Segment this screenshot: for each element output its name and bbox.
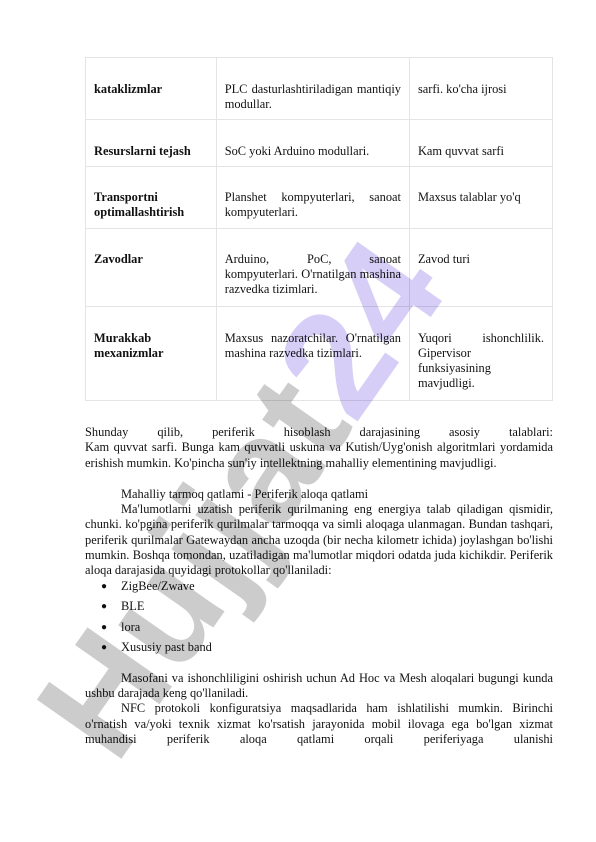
table-cell-area: Zavodlar: [86, 229, 217, 307]
paragraph-mesh: Masofani va ishonchliligini oshirish uch…: [85, 671, 553, 702]
table-cell-requirements: sarfi. ko'cha ijrosi: [409, 58, 552, 120]
list-item: ●ZigBee/Zwave: [85, 579, 553, 600]
table-cell-hardware: PLC dasturlashtiriladigan mantiqiy modul…: [216, 58, 409, 120]
table-cell-hardware: Arduino, PoC, sanoat kompyuterlari. O'rn…: [216, 229, 409, 307]
spacer: [85, 471, 553, 487]
list-item-label: BLE: [121, 599, 144, 613]
table-cell-hardware: Planshet kompyuterlari, sanoat kompyuter…: [216, 167, 409, 229]
bullet-icon: ●: [101, 579, 107, 594]
table-cell-requirements: Kam quvvat sarfi: [409, 120, 552, 167]
table-row: Zavodlar Arduino, PoC, sanoat kompyuterl…: [86, 229, 553, 307]
spacer: [85, 661, 553, 671]
paragraph-transmission: Ma'lumotlarni uzatish periferik qurilman…: [85, 502, 553, 578]
table-cell-hardware: SoC yoki Arduino modullari.: [216, 120, 409, 167]
document-body: Shunday qilib, periferik hisoblash daraj…: [85, 425, 553, 747]
list-item: ●BLE: [85, 599, 553, 620]
section-heading: Mahalliy tarmoq qatlami - Periferik aloq…: [85, 487, 553, 502]
table-row: Murakkab mexanizmlar Maxsus nazoratchila…: [86, 307, 553, 401]
document-page: kataklizmlar PLC dasturlashtiriladigan m…: [0, 0, 596, 842]
table-cell-requirements: Maxsus talablar yo'q: [409, 167, 552, 229]
bullet-icon: ●: [101, 620, 107, 635]
summary-text: Kam quvvat sarfi. Bunga kam quvvatli usk…: [85, 440, 553, 471]
bullet-icon: ●: [101, 599, 107, 614]
paragraph-nfc: NFC protokoli konfiguratsiya maqsadlarid…: [85, 701, 553, 747]
list-item-label: lora: [121, 620, 140, 634]
table-cell-area: Transportni optimallashtirish: [86, 167, 217, 229]
table-cell-area: Resurslarni tejash: [86, 120, 217, 167]
table-cell-requirements: Zavod turi: [409, 229, 552, 307]
requirements-table: kataklizmlar PLC dasturlashtiriladigan m…: [85, 57, 553, 401]
table-cell-area: kataklizmlar: [86, 58, 217, 120]
table-cell-requirements: Yuqori ishonchlilik. Gipervisor funksiya…: [409, 307, 552, 401]
list-item-label: Xususiy past band: [121, 640, 212, 654]
list-item: ●lora: [85, 620, 553, 641]
bullet-icon: ●: [101, 640, 107, 655]
table-row: kataklizmlar PLC dasturlashtiriladigan m…: [86, 58, 553, 120]
list-item: ●Xususiy past band: [85, 640, 553, 661]
list-item-label: ZigBee/Zwave: [121, 579, 195, 593]
table-cell-hardware: Maxsus nazoratchilar. O'rnatilgan mashin…: [216, 307, 409, 401]
summary-lead: Shunday qilib, periferik hisoblash daraj…: [85, 425, 553, 440]
table-row: Transportni optimallashtirish Planshet k…: [86, 167, 553, 229]
table-cell-area: Murakkab mexanizmlar: [86, 307, 217, 401]
protocol-list: ●ZigBee/Zwave ●BLE ●lora ●Xususiy past b…: [85, 579, 553, 661]
table-row: Resurslarni tejash SoC yoki Arduino modu…: [86, 120, 553, 167]
